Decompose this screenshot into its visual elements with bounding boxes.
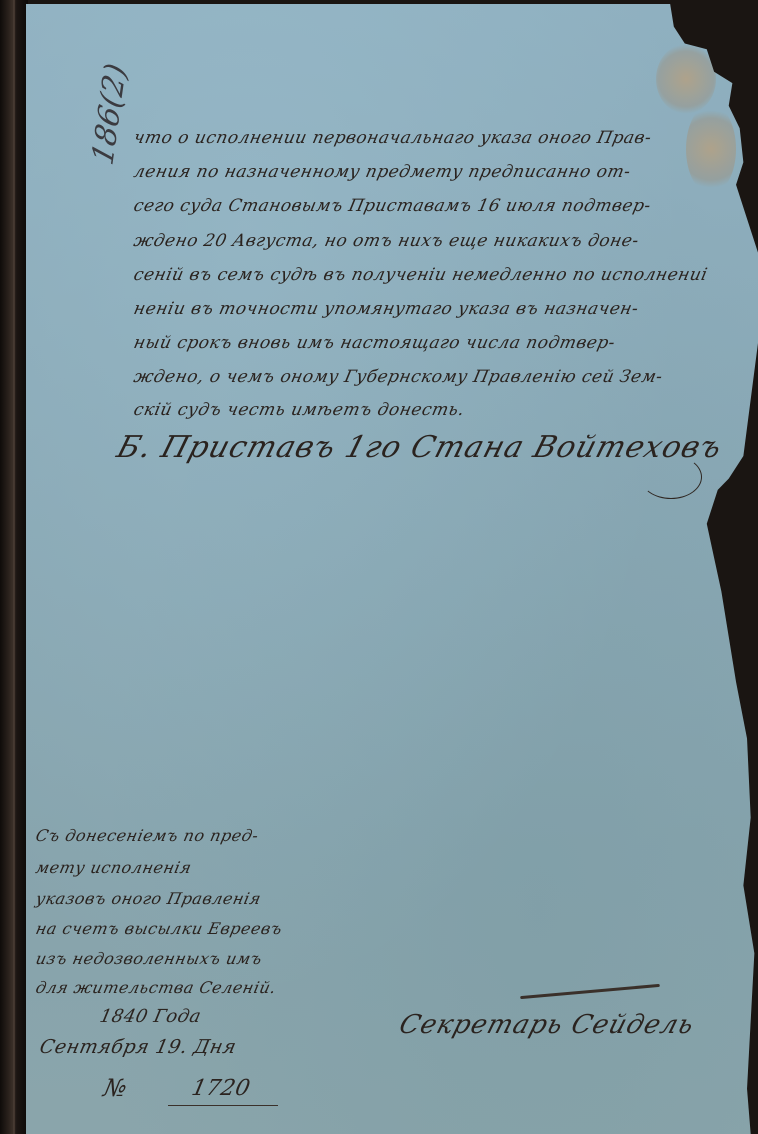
number-value: 1720: [189, 1076, 252, 1101]
margin-note-line-5: изъ недозволенныхъ имъ: [34, 949, 264, 968]
body-line-4: ждено 20 Августа, но отъ нихъ еще никаки…: [132, 231, 641, 251]
margin-note-line-2: мету исполненія: [34, 858, 193, 877]
body-line-5: сеній въ семъ судѣ въ полученіи немедлен…: [132, 265, 710, 285]
margin-note-line-4: на счетъ высылки Евреевъ: [34, 919, 284, 938]
secretary-signature: Секретарь Сейдель: [396, 1010, 698, 1040]
body-line-3: сего суда Становымъ Приставамъ 16 июля п…: [132, 196, 653, 216]
folio-number-wrapper: 186(2): [42, 130, 92, 230]
paper-stain: [686, 104, 736, 194]
signature-flourish: [640, 455, 702, 499]
date-year: 1840 Года: [98, 1006, 203, 1027]
body-line-9: скій судъ честь имѣетъ донесть.: [132, 400, 467, 420]
body-line-7: ный срокъ вновь имъ настоящаго числа под…: [132, 333, 617, 353]
date-day: Сентября 19. Дня: [38, 1036, 239, 1058]
binding-edge: [13, 0, 15, 1134]
margin-note-line-3: указовъ оного Правленія: [34, 889, 263, 908]
body-line-8: ждено, о чемъ оному Губернскому Правлені…: [132, 367, 665, 387]
margin-note-line-1: Съ донесеніемъ по пред-: [34, 826, 260, 845]
body-line-2: ления по назначенному предмету предписан…: [132, 162, 633, 182]
body-line-1: что о исполнении первоначальнаго указа о…: [132, 128, 654, 148]
body-line-6: неніи въ точности упомянутаго указа въ н…: [132, 299, 641, 319]
margin-note-line-6: для жительства Селеній.: [34, 978, 278, 997]
official-signature: Б. Приставъ 1го Стана Войтеховъ: [113, 430, 726, 465]
number-underline: [168, 1105, 278, 1106]
